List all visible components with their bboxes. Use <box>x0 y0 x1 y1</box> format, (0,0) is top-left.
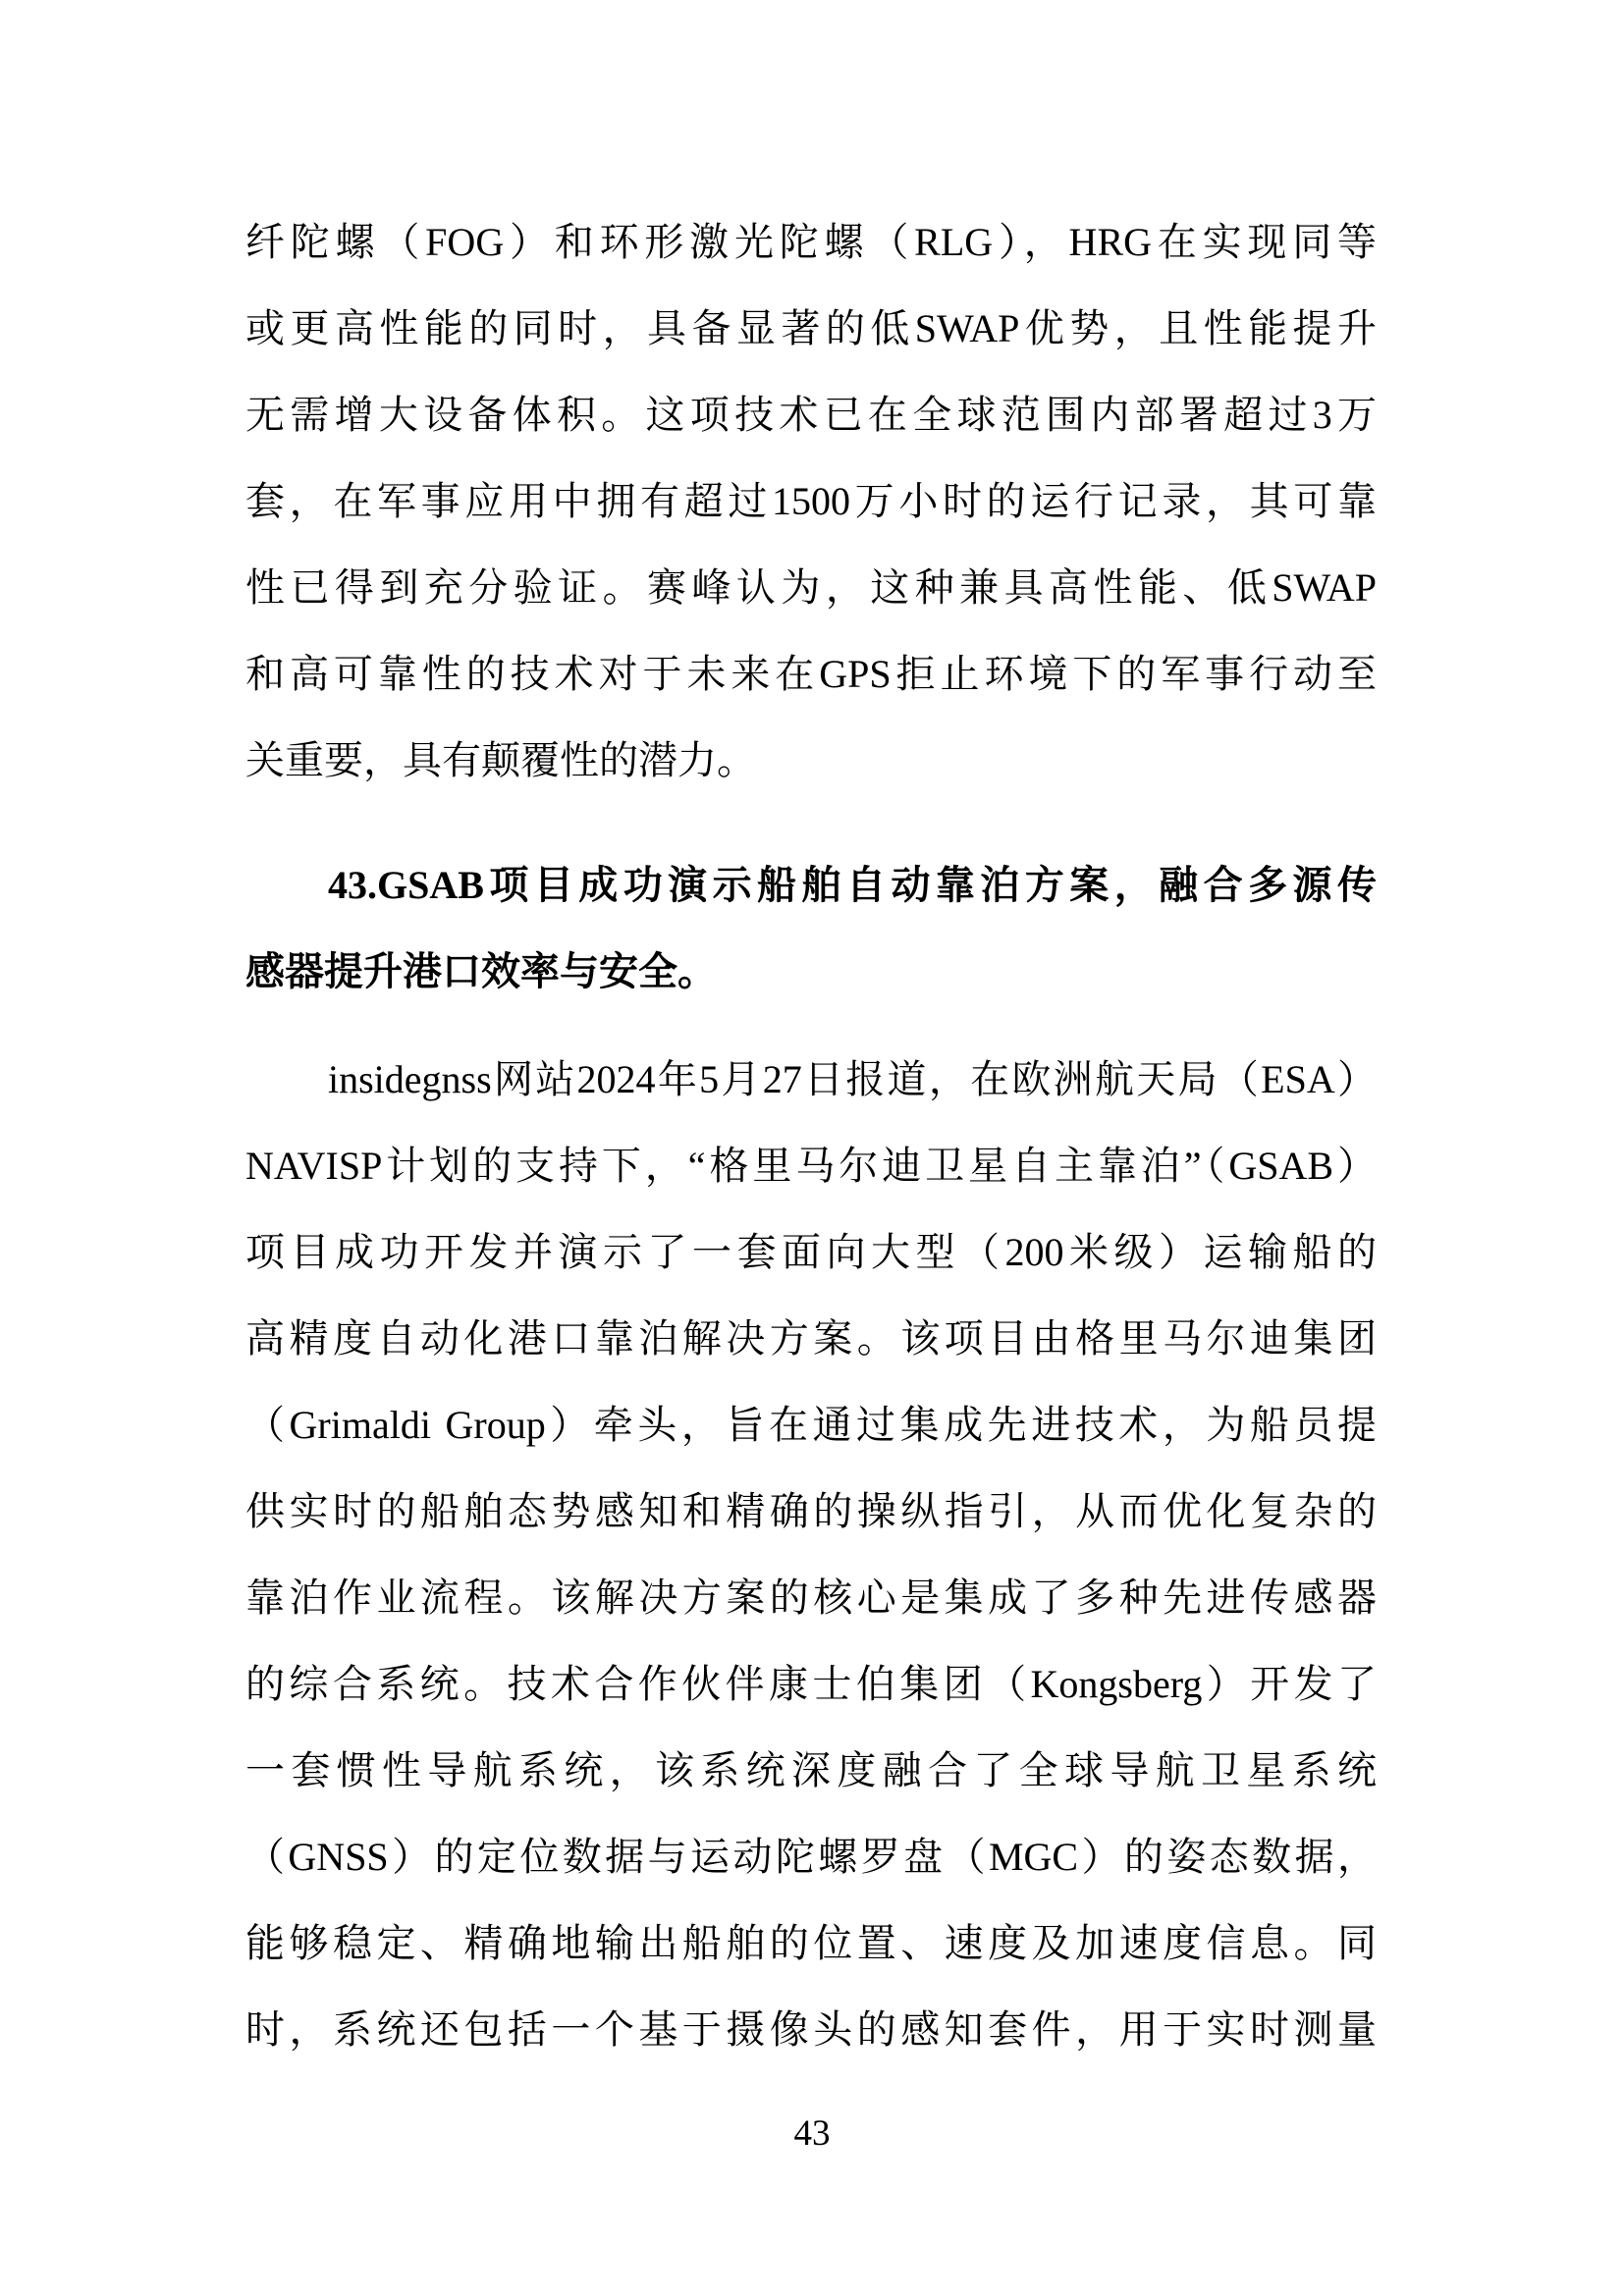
text-line: 一套惯性导航系统，该系统深度融合了全球导航卫星系统 <box>245 1728 1377 1814</box>
paragraph-gsab-docking: insidegnss网站2024年5月27日报道，在欧洲航天局（ESA）NAVI… <box>245 1037 1377 2073</box>
page-number: 43 <box>794 2113 831 2154</box>
text-line: 关重要，具有颠覆性的潜力。 <box>245 718 1377 804</box>
text-line: 无需增大设备体积。这项技术已在全球范围内部署超过3万 <box>245 372 1377 458</box>
text-line: 高精度自动化港口靠泊解决方案。该项目由格里马尔迪集团 <box>245 1296 1377 1382</box>
document-page: 纤陀螺（FOG）和环形激光陀螺（RLG），HRG在实现同等或更高性能的同时，具备… <box>0 0 1624 2296</box>
text-line: 的综合系统。技术合作伙伴康士伯集团（Kongsberg）开发了 <box>245 1641 1377 1728</box>
text-line: 项目成功开发并演示了一套面向大型（200米级）运输船的 <box>245 1209 1377 1296</box>
text-line: NAVISP计划的支持下，“格里马尔迪卫星自主靠泊”（GSAB） <box>245 1123 1377 1209</box>
text-line: 和高可靠性的技术对于未来在GPS拒止环境下的军事行动至 <box>245 631 1377 718</box>
text-line: 靠泊作业流程。该解决方案的核心是集成了多种先进传感器 <box>245 1555 1377 1641</box>
text-line: （Grimaldi Group）牵头，旨在通过集成先进技术，为船员提 <box>245 1382 1377 1468</box>
page-footer: 43 <box>0 2112 1624 2156</box>
text-line: 性已得到充分验证。赛峰认为，这种兼具高性能、低SWAP <box>245 545 1377 631</box>
text-line: insidegnss网站2024年5月27日报道，在欧洲航天局（ESA） <box>245 1037 1377 1123</box>
section-heading-line: 43.GSAB项目成功演示船舶自动靠泊方案，融合多源传 <box>245 842 1377 929</box>
section-heading-line: 感器提升港口效率与安全。 <box>245 929 1377 1015</box>
text-line: 套，在军事应用中拥有超过1500万小时的运行记录，其可靠 <box>245 458 1377 545</box>
text-line: 时，系统还包括一个基于摄像头的感知套件，用于实时测量 <box>245 1987 1377 2073</box>
page-body: 纤陀螺（FOG）和环形激光陀螺（RLG），HRG在实现同等或更高性能的同时，具备… <box>245 199 1377 2073</box>
text-line: 纤陀螺（FOG）和环形激光陀螺（RLG），HRG在实现同等 <box>245 199 1377 286</box>
text-line: 供实时的船舶态势感知和精确的操纵指引，从而优化复杂的 <box>245 1468 1377 1555</box>
text-line: 能够稳定、精确地输出船舶的位置、速度及加速度信息。同 <box>245 1900 1377 1987</box>
paragraph-hrg-performance: 纤陀螺（FOG）和环形激光陀螺（RLG），HRG在实现同等或更高性能的同时，具备… <box>245 199 1377 804</box>
section-heading: 43.GSAB项目成功演示船舶自动靠泊方案，融合多源传感器提升港口效率与安全。 <box>245 842 1377 1015</box>
text-line: （GNSS）的定位数据与运动陀螺罗盘（MGC）的姿态数据， <box>245 1814 1377 1900</box>
text-line: 或更高性能的同时，具备显著的低SWAP优势，且性能提升 <box>245 286 1377 372</box>
